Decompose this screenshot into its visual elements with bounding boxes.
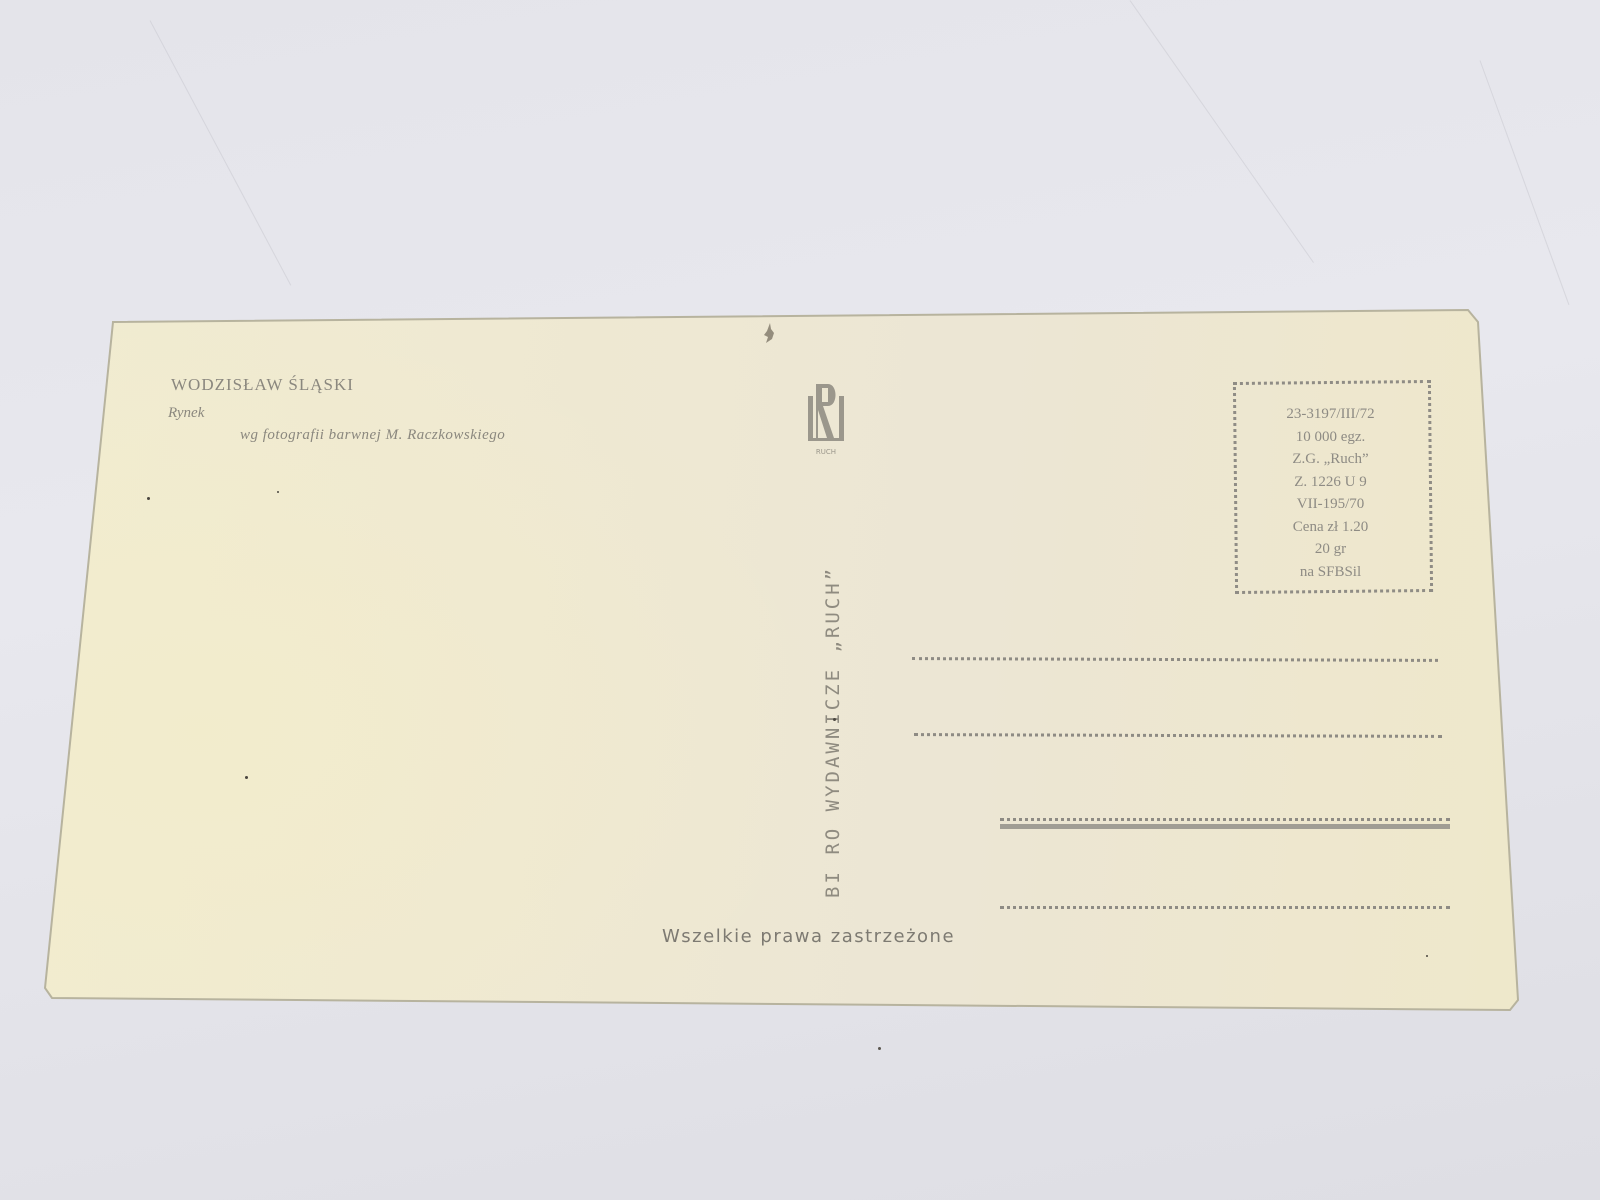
tear-mark-icon xyxy=(762,323,778,345)
postcard: WODZISŁAW ŚLĄSKI Rynek wg fotografii bar… xyxy=(0,0,1600,1200)
address-line-4 xyxy=(1000,906,1450,909)
stamp-line: Cena zł 1.20 xyxy=(1243,516,1418,539)
speck xyxy=(277,491,279,493)
postcard-title: WODZISŁAW ŚLĄSKI xyxy=(171,375,354,395)
stamp-line: 23-3197/III/72 xyxy=(1243,403,1418,426)
photo-credit: wg fotografii barwnej M. Raczkowskiego xyxy=(240,427,505,444)
copyright-footer: Wszelkie prawa zastrzeżone xyxy=(662,926,955,947)
postcard-subtitle: Rynek xyxy=(168,405,204,422)
speck xyxy=(1426,955,1428,957)
surface-scratch xyxy=(1130,0,1314,263)
address-line-1 xyxy=(912,657,1438,662)
speck xyxy=(1523,968,1526,971)
publisher-vertical-text: BI RO WYDAWNICZE „RUCH” xyxy=(822,566,844,898)
stamp-line: Z.G. „Ruch” xyxy=(1243,448,1418,471)
surface-scratch xyxy=(150,20,292,285)
ruch-logo-icon: RUCH xyxy=(808,382,844,460)
stamp-line: na SFBSil xyxy=(1243,561,1418,584)
address-line-2 xyxy=(914,733,1442,738)
stamp-box-text: 23-3197/III/72 10 000 egz. Z.G. „Ruch” Z… xyxy=(1243,403,1418,583)
speck xyxy=(833,718,836,721)
speck xyxy=(878,1047,881,1050)
stamp-line: 10 000 egz. xyxy=(1243,426,1418,449)
stamp-line: 20 gr xyxy=(1243,538,1418,561)
svg-text:RUCH: RUCH xyxy=(816,448,836,456)
speck xyxy=(245,776,248,779)
speck xyxy=(147,497,150,500)
stamp-line: VII-195/70 xyxy=(1243,493,1418,516)
address-line-3 xyxy=(1000,818,1450,821)
stamp-line: Z. 1226 U 9 xyxy=(1243,471,1418,494)
surface-scratch xyxy=(1480,60,1570,305)
address-line-3-underline xyxy=(1000,824,1450,829)
